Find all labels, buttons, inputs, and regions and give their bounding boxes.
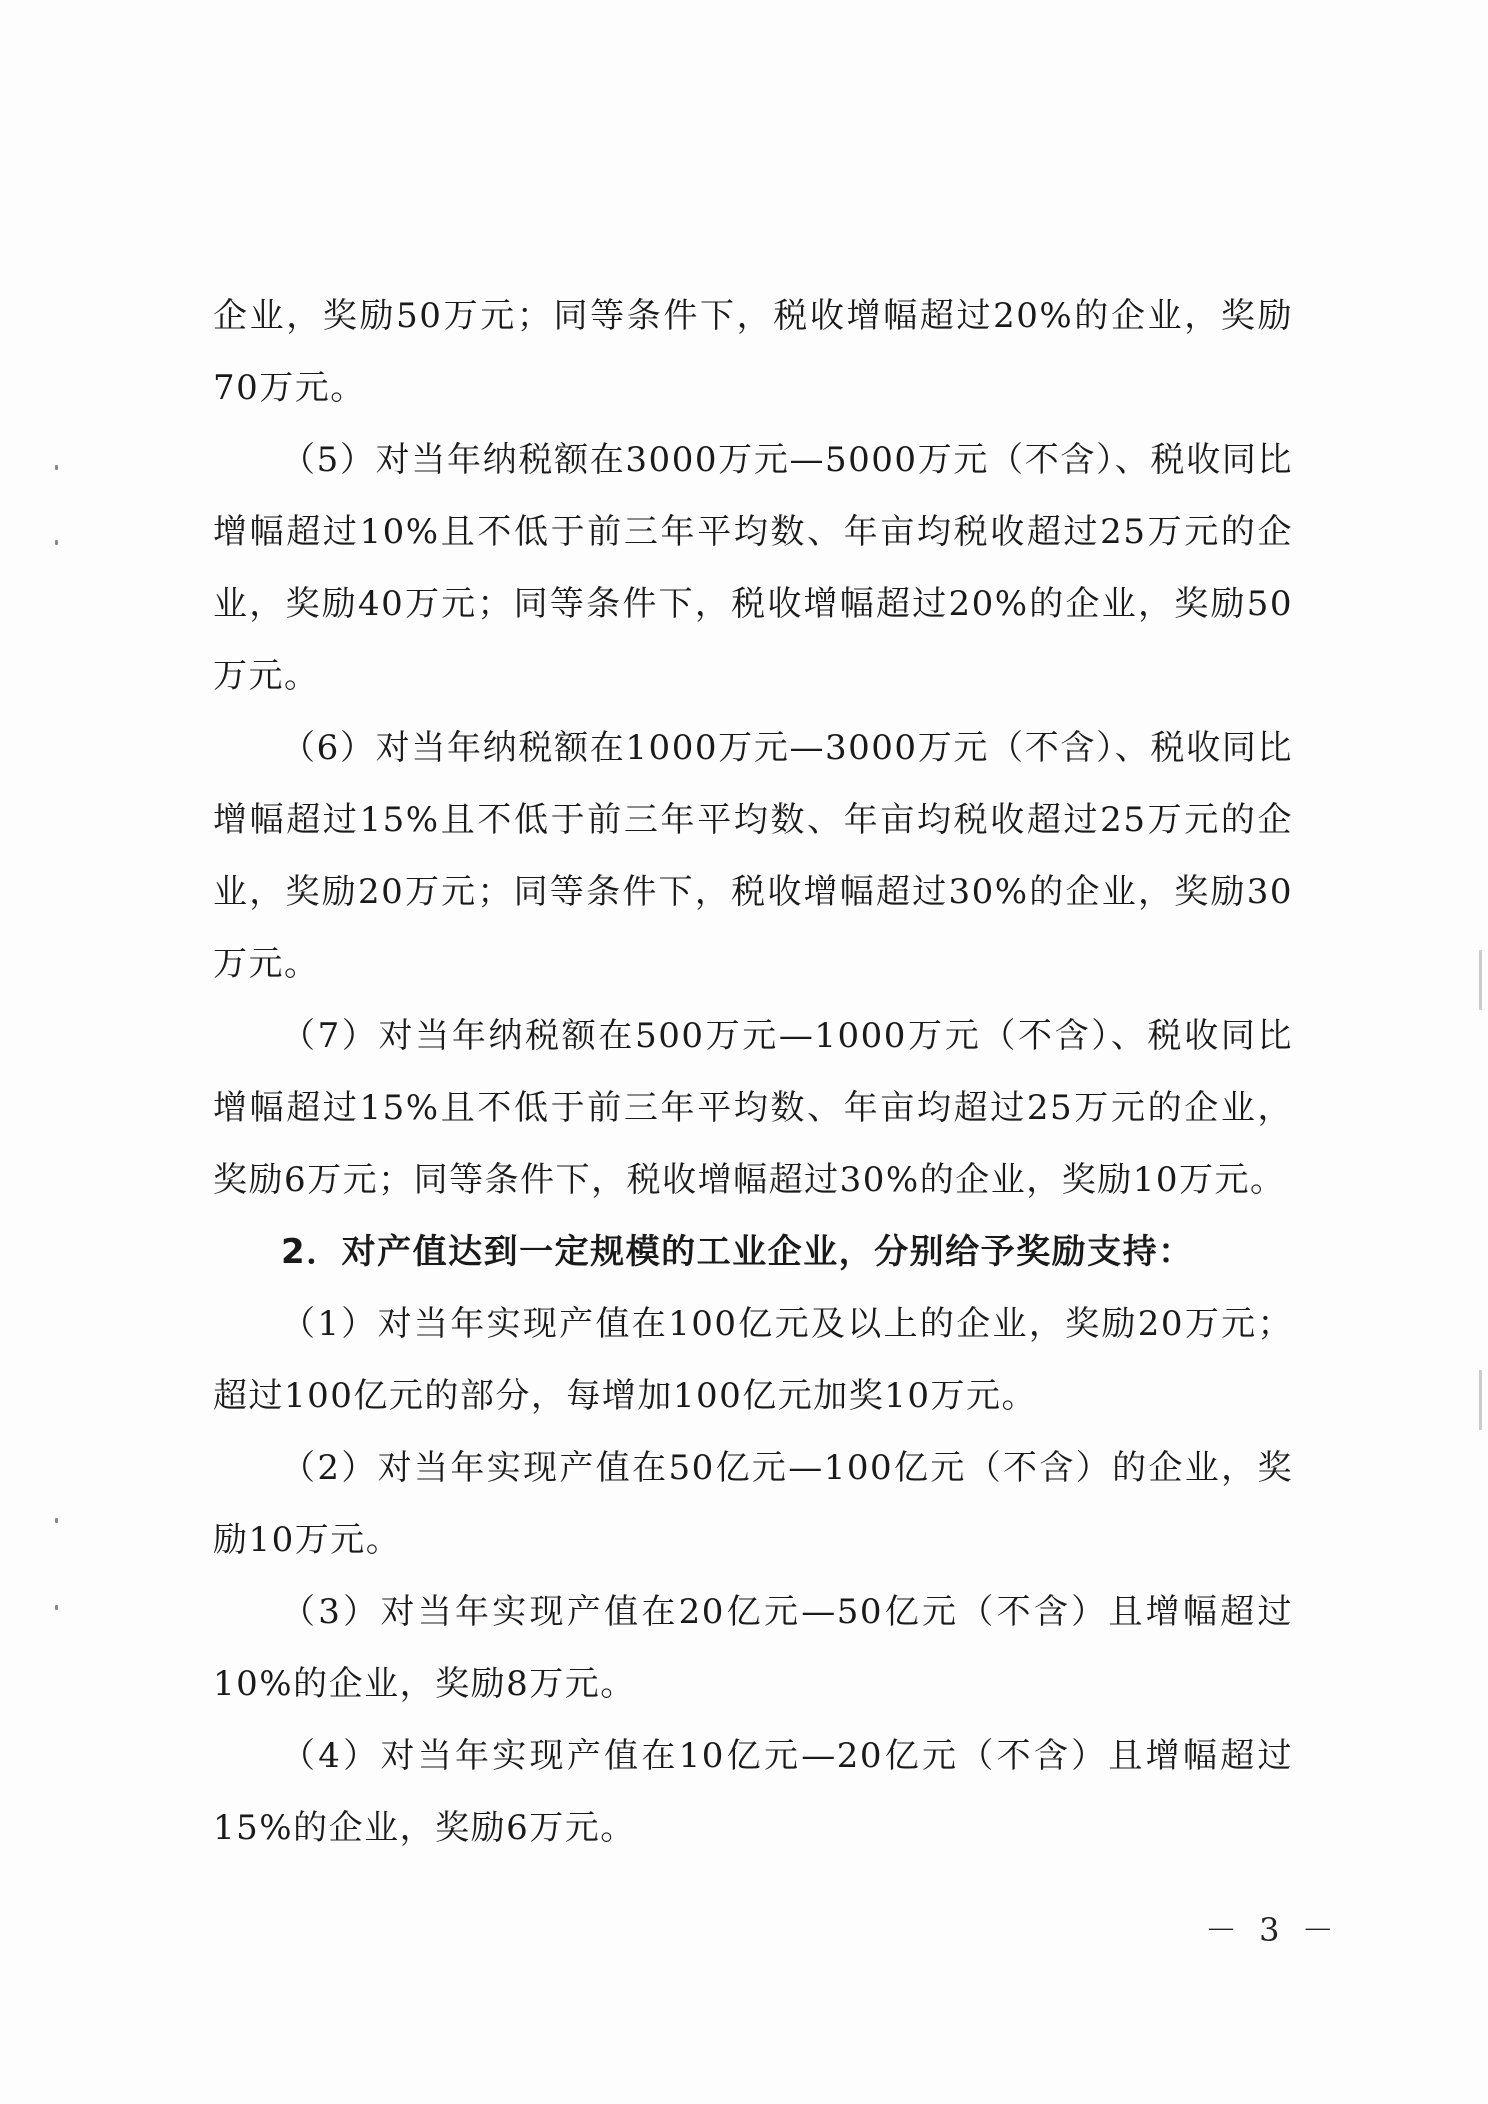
scan-artifact bbox=[55, 1518, 58, 1523]
scan-edge bbox=[1479, 950, 1482, 1010]
paragraph-output-item-4: （4）对当年实现产值在10亿元—20亿元（不含）且增幅超过15%的企业，奖励6万… bbox=[213, 1720, 1293, 1864]
document-page: 企业，奖励50万元；同等条件下，税收增幅超过20%的企业，奖励70万元。 （5）… bbox=[0, 0, 1488, 2104]
scan-artifact bbox=[55, 465, 58, 470]
scan-artifact bbox=[55, 540, 58, 545]
paragraph-output-item-2: （2）对当年实现产值在50亿元—100亿元（不含）的企业，奖励10万元。 bbox=[213, 1432, 1293, 1576]
section-heading-2: 2．对产值达到一定规模的工业企业，分别给予奖励支持： bbox=[213, 1216, 1293, 1288]
paragraph-item-5: （5）对当年纳税额在3000万元—5000万元（不含）、税收同比增幅超过10%且… bbox=[213, 424, 1293, 712]
scan-artifact bbox=[55, 1605, 58, 1610]
page-number: － 3 － bbox=[1205, 1905, 1340, 1951]
scan-edge bbox=[1479, 1370, 1482, 1430]
paragraph-output-item-3: （3）对当年实现产值在20亿元—50亿元（不含）且增幅超过10%的企业，奖励8万… bbox=[213, 1576, 1293, 1720]
paragraph-item-6: （6）对当年纳税额在1000万元—3000万元（不含）、税收同比增幅超过15%且… bbox=[213, 712, 1293, 1000]
paragraph-item-7: （7）对当年纳税额在500万元—1000万元（不含）、税收同比增幅超过15%且不… bbox=[213, 1000, 1293, 1216]
paragraph-continuation: 企业，奖励50万元；同等条件下，税收增幅超过20%的企业，奖励70万元。 bbox=[213, 280, 1293, 424]
paragraph-output-item-1: （1）对当年实现产值在100亿元及以上的企业，奖励20万元；超过100亿元的部分… bbox=[213, 1288, 1293, 1432]
document-body: 企业，奖励50万元；同等条件下，税收增幅超过20%的企业，奖励70万元。 （5）… bbox=[213, 280, 1293, 1864]
